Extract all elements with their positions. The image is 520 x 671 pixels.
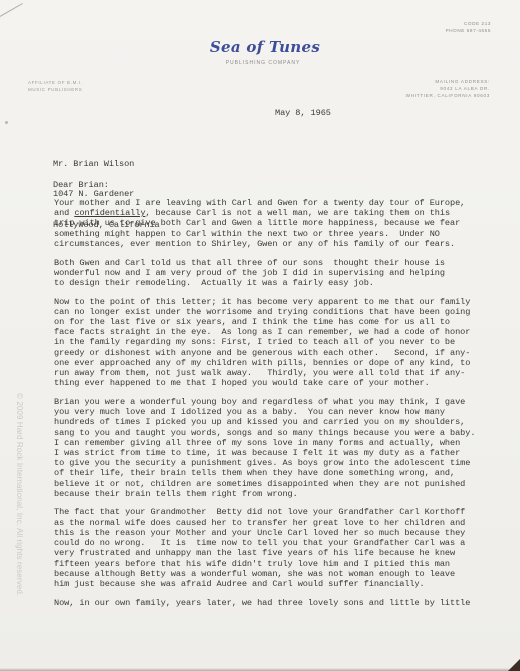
letter-line: face facts straight in the eye. As long … bbox=[54, 327, 504, 337]
letter-paragraph: Both Gwen and Carl told us that all thre… bbox=[54, 258, 504, 289]
letter-line: The fact that your Grandmother Betty did… bbox=[54, 507, 504, 517]
letter-line: I was strict from time to time, it was b… bbox=[54, 448, 504, 458]
area-code: Code 213 bbox=[446, 20, 491, 27]
letter-line: you very much love and I idolized you as… bbox=[54, 407, 504, 417]
letter-line: Now to the point of this letter; it has … bbox=[54, 297, 504, 307]
letter-line: Both Gwen and Carl told us that all thre… bbox=[54, 258, 504, 268]
letter-line: sang to you and taught you words, songs … bbox=[54, 428, 504, 438]
phone-block: Code 213 Phone 687-4655 bbox=[446, 20, 491, 34]
letter-line: run away from them, not just walk away. … bbox=[54, 368, 504, 378]
letter-line: him just because she was afraid Audree a… bbox=[54, 579, 504, 589]
letter-line: Brian you were a wonderful young boy and… bbox=[54, 397, 504, 407]
letter-paragraph: The fact that your Grandmother Betty did… bbox=[54, 507, 504, 589]
letter-paragraph: Now to the point of this letter; it has … bbox=[54, 297, 504, 389]
pencil-mark bbox=[0, 3, 23, 17]
affiliate-line: Affiliate of B.M.I. bbox=[28, 79, 83, 86]
letter-line: trip with us to give both Carl and Gwen … bbox=[54, 218, 504, 228]
letter-line: and confidentially, because Carl is not … bbox=[54, 208, 504, 218]
letter-line: as the normal wife does caused her to tr… bbox=[54, 518, 504, 528]
letter-body: Your mother and I are leaving with Carl … bbox=[54, 198, 504, 616]
letter-line: can no longer exist under the worrisome … bbox=[54, 307, 504, 317]
letter-line: because although Betty was a wonderful w… bbox=[54, 569, 504, 579]
copyright-watermark: © 2009 Hard Rock International, Inc. All… bbox=[15, 393, 24, 633]
letter-line: I can remember giving all three of my so… bbox=[54, 438, 504, 448]
letter-line: in the family regarding my sons: First, … bbox=[54, 337, 504, 347]
letter-line: thing ever happened to me that I hoped y… bbox=[54, 378, 504, 388]
company-subtitle: Publishing Company bbox=[6, 60, 520, 66]
letter-date: May 8, 1965 bbox=[275, 108, 331, 118]
letter-line: to give you the security a punishment gi… bbox=[54, 458, 504, 468]
letter-line: Now, in our own family, years later, we … bbox=[54, 598, 504, 608]
letter-paragraph: Your mother and I are leaving with Carl … bbox=[54, 198, 504, 249]
page-corner-shadow bbox=[508, 659, 520, 671]
company-name: Sea of Tunes bbox=[10, 38, 520, 56]
underlined-text: confidentially bbox=[74, 208, 145, 218]
letterhead-brand: Sea of Tunes Publishing Company bbox=[0, 38, 520, 66]
letter-line: circumstances, ever mention to Shirley, … bbox=[54, 239, 504, 249]
letter-line: fifteen years before that his wife didn'… bbox=[54, 559, 504, 569]
mailing-street: 9042 La Alba Dr. bbox=[406, 85, 490, 92]
recipient-name: Mr. Brian Wilson bbox=[53, 159, 160, 169]
letter-line: Your mother and I are leaving with Carl … bbox=[54, 198, 504, 208]
salutation: Dear Brian: bbox=[53, 180, 109, 190]
affiliate-line: Music Publishers bbox=[28, 86, 83, 93]
letter-page: Code 213 Phone 687-4655 Sea of Tunes Pub… bbox=[0, 0, 520, 671]
letter-line: could do no wrong. It is time now to tel… bbox=[54, 538, 504, 548]
letter-paragraph: Brian you were a wonderful young boy and… bbox=[54, 397, 504, 499]
letter-line: believe it or not, children are sometime… bbox=[54, 479, 504, 489]
letter-line: this is the reason your Mother and your … bbox=[54, 528, 504, 538]
letter-line: hundreds of times I picked you up and ki… bbox=[54, 417, 504, 427]
hole-punch-mark bbox=[5, 121, 8, 124]
letter-line: to design their remodeling. Actually it … bbox=[54, 278, 504, 288]
phone-number: Phone 687-4655 bbox=[446, 27, 491, 34]
letter-line: one ever approached any of my children w… bbox=[54, 358, 504, 368]
mailing-label: Mailing Address: bbox=[406, 78, 490, 85]
letter-line: of their life, their brain tells them wh… bbox=[54, 468, 504, 478]
letter-line: because their brain tells them right fro… bbox=[54, 489, 504, 499]
letter-line: something might happen to Carl within th… bbox=[54, 229, 504, 239]
letter-line: very frustrated and unhappy man the last… bbox=[54, 548, 504, 558]
letter-line: wonderful now and I am very proud of the… bbox=[54, 268, 504, 278]
letter-paragraph: Now, in our own family, years later, we … bbox=[54, 598, 504, 608]
mailing-city: Whittier, California 90603 bbox=[406, 92, 490, 99]
letter-line: greedy or dishonest with anyone and be g… bbox=[54, 348, 504, 358]
letter-line: on for the last five or six years, and I… bbox=[54, 317, 504, 327]
affiliate-block: Affiliate of B.M.I. Music Publishers bbox=[28, 79, 83, 93]
mailing-address-block: Mailing Address: 9042 La Alba Dr. Whitti… bbox=[406, 78, 490, 99]
